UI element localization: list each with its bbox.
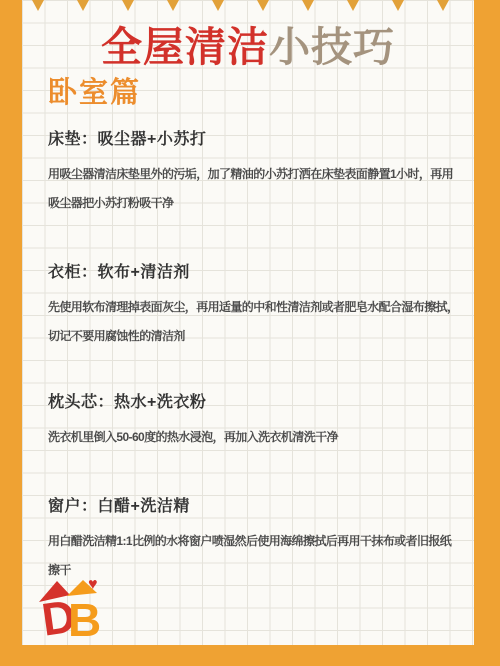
tip-body: 先使用软布清理掉表面灰尘，再用适量的中和性清洁剂或者肥皂水配合湿布擦拭，切记不要… (48, 293, 462, 351)
tip-heading: 窗户：白醋+洗洁精 (48, 493, 462, 516)
tip-section-mattress: 床垫：吸尘器+小苏打 用吸尘器清洁床垫里外的污垢，加了精油的小苏打洒在床垫表面静… (48, 126, 462, 218)
heart-icon: ♥ (88, 576, 98, 593)
tip-heading: 衣柜：软布+清洁剂 (48, 259, 462, 282)
page-title: 全屋清洁小技巧 (22, 14, 474, 73)
section-category-label: 卧室篇 (48, 70, 141, 111)
triangle-icon (392, 0, 404, 11)
top-bunting-decoration (32, 0, 449, 11)
triangle-icon (437, 0, 449, 11)
tip-body: 用吸尘器清洁床垫里外的污垢，加了精油的小苏打洒在床垫表面静置1小时，再用吸尘器把… (48, 160, 462, 218)
db-house-logo: D B ♥ (38, 574, 108, 642)
logo-letter-b: B (68, 594, 101, 642)
tip-section-pillow: 枕头芯：热水+洗衣粉 洗衣机里倒入50-60度的热水浸泡，再加入洗衣机清洗干净 (48, 389, 462, 452)
tip-body: 用白醋洗洁精1:1比例的水将窗户喷湿然后使用海绵擦拭后再用干抹布或者旧报纸擦干 (48, 527, 462, 585)
triangle-icon (302, 0, 314, 11)
triangle-icon (257, 0, 269, 11)
page-title-rest: 小技巧 (269, 24, 395, 70)
triangle-icon (347, 0, 359, 11)
tip-heading: 枕头芯：热水+洗衣粉 (48, 389, 462, 412)
cleaning-tips-poster: 全屋清洁小技巧 卧室篇 床垫：吸尘器+小苏打 用吸尘器清洁床垫里外的污垢，加了精… (0, 0, 500, 666)
tip-section-window: 窗户：白醋+洗洁精 用白醋洗洁精1:1比例的水将窗户喷湿然后使用海绵擦拭后再用干… (48, 493, 462, 585)
tip-body: 洗衣机里倒入50-60度的热水浸泡，再加入洗衣机清洗干净 (48, 423, 462, 452)
grid-paper-background: 全屋清洁小技巧 卧室篇 床垫：吸尘器+小苏打 用吸尘器清洁床垫里外的污垢，加了精… (22, 0, 474, 645)
triangle-icon (77, 0, 89, 11)
page-title-highlight: 全屋清洁 (101, 24, 269, 70)
triangle-icon (167, 0, 179, 11)
triangle-icon (212, 0, 224, 11)
tip-section-wardrobe: 衣柜：软布+清洁剂 先使用软布清理掉表面灰尘，再用适量的中和性清洁剂或者肥皂水配… (48, 259, 462, 351)
triangle-icon (32, 0, 44, 11)
tip-heading: 床垫：吸尘器+小苏打 (48, 126, 462, 149)
triangle-icon (122, 0, 134, 11)
